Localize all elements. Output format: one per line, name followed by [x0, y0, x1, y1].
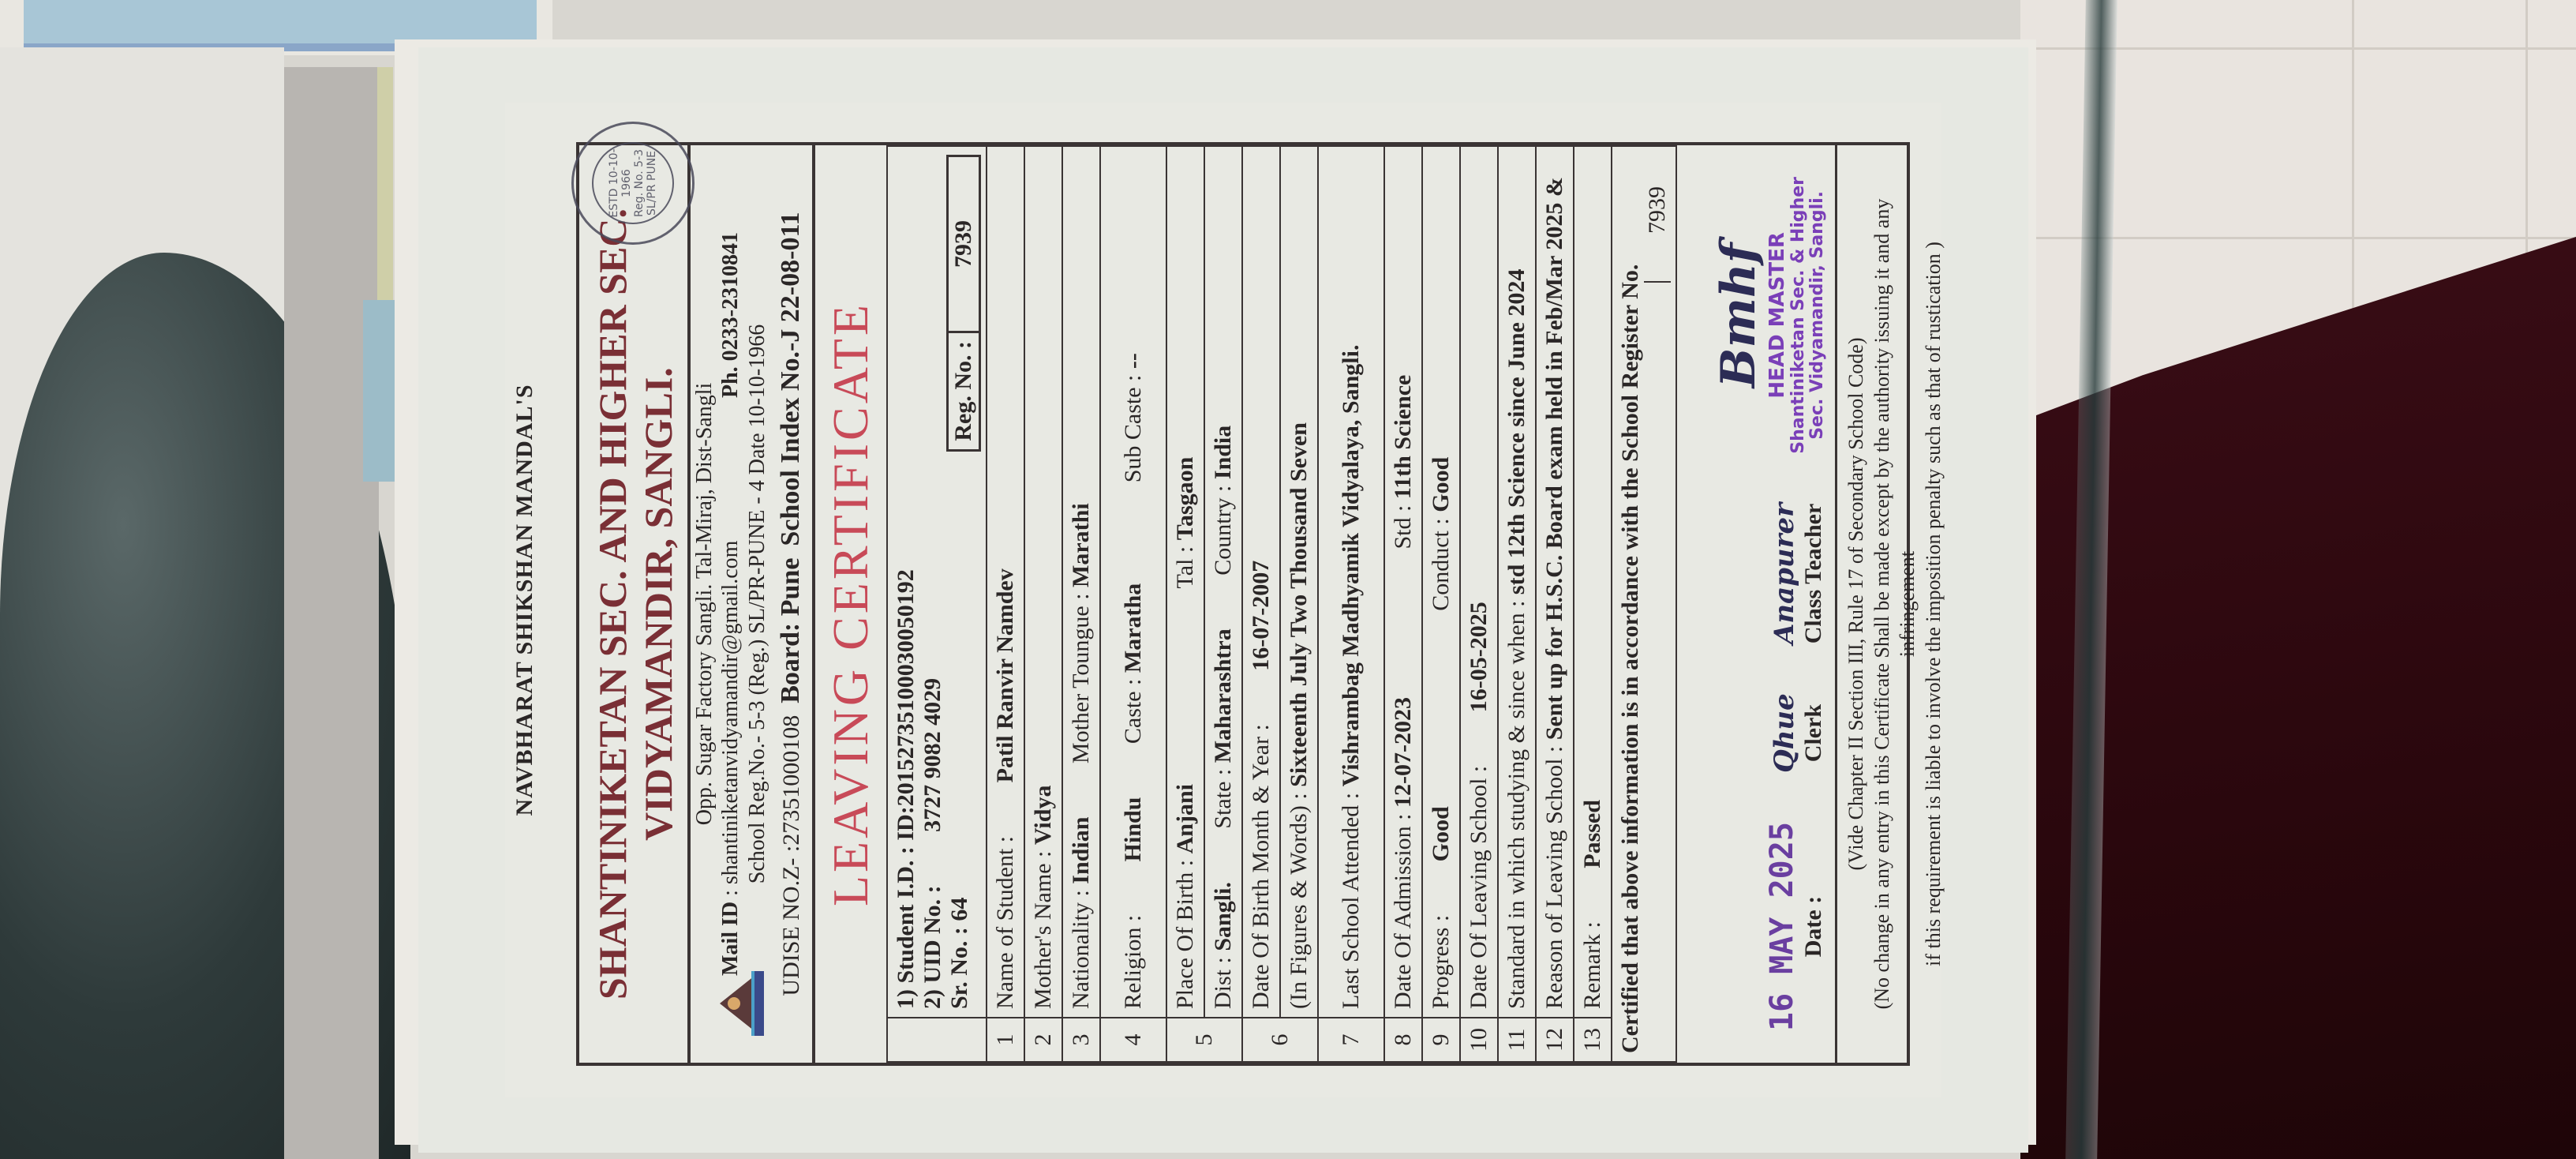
- stamp-estd: ESTD 10-10-1966: [608, 144, 633, 223]
- signature-area: 16 MAY 2025 Date : Qhue Clerk Anapurer C…: [1677, 145, 1835, 1063]
- footer-warning-2: if this requirement is liable to involve…: [1921, 161, 1947, 1047]
- table-row: 2 Mother's Name : Vidya: [1024, 146, 1062, 1062]
- religion: Hindu: [1120, 797, 1146, 862]
- date-of-birth: 16-07-2007: [1248, 561, 1274, 671]
- leaving-certificate: NAVBHARAT SHIKSHAN MANDAL'S ESTD 10-10-1…: [505, 103, 1941, 1097]
- date-of-birth-words: Sixteenth July Two Thousand Seven: [1286, 422, 1312, 787]
- table-row: 1 Name of Student : Patil Ranvir Namdev: [987, 146, 1024, 1062]
- table-row: 12 Reason of Leaving School : Sent up fo…: [1536, 146, 1574, 1062]
- progress: Good: [1428, 806, 1454, 861]
- row-label: Std :: [1390, 505, 1416, 549]
- table-row: 4 Religion : Hindu Caste : Maratha Sub C…: [1100, 146, 1166, 1062]
- table-row: 8 Date Of Admission : 12-07-2023 Std : 1…: [1384, 146, 1422, 1062]
- table-row: 9 Progress : Good Conduct : Good: [1422, 146, 1460, 1062]
- reg-value: 7939: [946, 155, 981, 331]
- sr-label: Sr. No. :: [946, 927, 972, 1009]
- district: Sangli.: [1210, 882, 1236, 951]
- footer-rule-reference: (Vide Chapter II Section III, Rule 17 of…: [1844, 161, 1870, 1047]
- row-label: Progress :: [1428, 915, 1454, 1009]
- certified-text: Certified that above information is in a…: [1617, 264, 1643, 1053]
- school-name-line2: VIDYAMANDIR, SANGLI.: [636, 145, 682, 1063]
- udise-number: UDISE NO.Z- :27351000108: [778, 715, 804, 996]
- stamp-place: SL/PR PUNE: [646, 144, 658, 223]
- place-of-birth: Anjani: [1172, 784, 1198, 853]
- school-registration: School Reg.No.- 5-3 (Reg.) SL/PR-PUNE - …: [743, 145, 771, 1063]
- class-teacher-label: Class Teacher: [1800, 503, 1827, 644]
- row-label: Sub Caste :: [1120, 375, 1146, 483]
- mother-tongue: Marathi: [1068, 503, 1094, 587]
- student-name: Patil Ranvir Namdev: [992, 568, 1018, 782]
- date-label: Date :: [1800, 822, 1827, 1031]
- school-phone: Ph. 0233-2310841: [718, 232, 743, 398]
- school-seal-stamp: ESTD 10-10-1966 Reg. No. 5-3 SL/PR PUNE: [571, 122, 695, 245]
- row-label: Caste :: [1120, 679, 1146, 745]
- reg-label: Reg. No. :: [950, 341, 976, 441]
- reason-continued: Passed: [1579, 800, 1605, 868]
- uid-label: 2) UID No. :: [919, 885, 945, 1009]
- headmaster-signature: Bmhf: [1711, 177, 1766, 454]
- standard-since: std 12th Science since June 2024: [1503, 269, 1529, 595]
- headmaster-stamp: HEAD MASTER Shantiniketan Sec. & Higher …: [1766, 177, 1827, 454]
- school-logo-icon: [713, 960, 769, 1047]
- certificate-table: 1) Student I.D. : ID:2015273510003005019…: [886, 145, 1677, 1063]
- row-label: Place Of Birth :: [1172, 860, 1198, 1009]
- row-label: Country :: [1210, 486, 1236, 576]
- conduct: Good: [1428, 457, 1454, 512]
- date-of-admission: 12-07-2023: [1390, 697, 1416, 808]
- row-label: Religion :: [1120, 915, 1146, 1009]
- teacher-signature: Anapurer: [1769, 503, 1800, 644]
- sub-caste: --: [1120, 353, 1146, 369]
- row-label: Mother's Name :: [1030, 851, 1056, 1009]
- student-id-value: ID:20152735100030050192: [893, 569, 919, 840]
- student-id-label: 1) Student I.D. :: [893, 846, 919, 1009]
- date-of-leaving: 16-05-2025: [1466, 602, 1492, 712]
- background-folder-edge: [284, 67, 379, 1159]
- background-blue-strip: [363, 300, 395, 482]
- board-name: Board: Pune: [776, 558, 805, 703]
- footer-note: (Vide Chapter II Section III, Rule 17 of…: [1835, 145, 1953, 1063]
- row-label: Tal :: [1172, 546, 1198, 589]
- country: India: [1210, 426, 1236, 479]
- mother-name: Vidya: [1030, 786, 1056, 846]
- table-row: 7 Last School Attended : Vishrambag Madh…: [1318, 146, 1384, 1062]
- table-row: 10 Date Of Leaving School : 16-05-2025: [1460, 146, 1498, 1062]
- footer-warning-1: (No change in any entry in this Certific…: [1870, 161, 1921, 1047]
- certificate-frame: ESTD 10-10-1966 Reg. No. 5-3 SL/PR PUNE …: [576, 142, 1910, 1066]
- row-label: Mother Toungue :: [1068, 593, 1094, 763]
- nationality: Indian: [1068, 817, 1094, 884]
- caste: Maratha: [1120, 583, 1146, 673]
- mandal-name: NAVBHARAT SHIKSHAN MANDAL'S: [511, 103, 538, 1097]
- row-label: Conduct :: [1428, 518, 1454, 611]
- sr-value: 64: [946, 898, 972, 921]
- row-label: Name of Student :: [992, 836, 1018, 1009]
- row-label: Last School Attended :: [1338, 793, 1364, 1009]
- background-yellow-strip: [377, 67, 393, 304]
- clerk-label: Clerk: [1800, 693, 1827, 773]
- certificate-title: LEAVING CERTIFICATE: [815, 145, 886, 1063]
- certified-row: Certified that above information is in a…: [1612, 146, 1676, 1062]
- row-label: Standard in which studying & since when …: [1503, 601, 1529, 1009]
- table-row-ids: 1) Student I.D. : ID:2015273510003005019…: [887, 146, 987, 1062]
- uid-value: 3727 9082 4029: [919, 678, 945, 832]
- table-row: 6 Date Of Birth Month & Year : 16-07-200…: [1242, 146, 1318, 1062]
- udise-line: UDISE NO.Z- :27351000108 Board: Pune Sch…: [776, 145, 806, 1063]
- reason-of-leaving: Sent up for H.S.C. Board exam held in Fe…: [1541, 177, 1567, 740]
- table-row: 13 Remark : Passed: [1574, 146, 1612, 1062]
- table-row: 11 Standard in which studying & since wh…: [1498, 146, 1536, 1062]
- table-row: 5 Place Of Birth : Anjani Tal : Tasgaon …: [1166, 146, 1242, 1062]
- row-label: Reason of Leaving School :: [1541, 746, 1567, 1009]
- date-stamp: 16 MAY 2025: [1764, 822, 1800, 1031]
- taluka: Tasgaon: [1172, 457, 1198, 541]
- certificate-sheet: NAVBHARAT SHIKSHAN MANDAL'S ESTD 10-10-1…: [418, 47, 2028, 1153]
- row-label: Date Of Admission :: [1390, 814, 1416, 1010]
- school-name: SHANTINIKETAN SEC. AND HIGHER SEC. VIDYA…: [590, 145, 681, 1063]
- school-email: shantiniketanvidyamandir@gmail.com: [718, 541, 743, 885]
- register-number: 7939: [1644, 155, 1671, 283]
- school-address: Opp. Sugar Factory Sangli. Tal-Miraj, Di…: [691, 145, 718, 1063]
- school-index-number: School Index No.-J 22-08-011: [776, 212, 805, 546]
- row-label: Dist :: [1210, 957, 1236, 1009]
- row-label: Nationality :: [1068, 890, 1094, 1009]
- row-label: State :: [1210, 769, 1236, 829]
- clerk-signature: Qhue: [1769, 693, 1800, 773]
- state: Maharashtra: [1210, 628, 1236, 763]
- last-school: Vishrambag Madhyamik Vidyalaya, Sangli.: [1338, 345, 1364, 787]
- table-row: 3 Nationality : Indian Mother Toungue : …: [1062, 146, 1100, 1062]
- stamp-reg: Reg. No. 5-3: [633, 144, 646, 223]
- school-name-line1: SHANTINIKETAN SEC. AND HIGHER SEC.: [590, 145, 636, 1063]
- row-label: Remark :: [1579, 921, 1605, 1009]
- row-label: (In Figures & Words) :: [1286, 793, 1312, 1009]
- standard: 11th Science: [1390, 375, 1416, 500]
- row-label: Date Of Leaving School :: [1466, 766, 1492, 1009]
- row-label: Date Of Birth Month & Year :: [1248, 724, 1274, 1009]
